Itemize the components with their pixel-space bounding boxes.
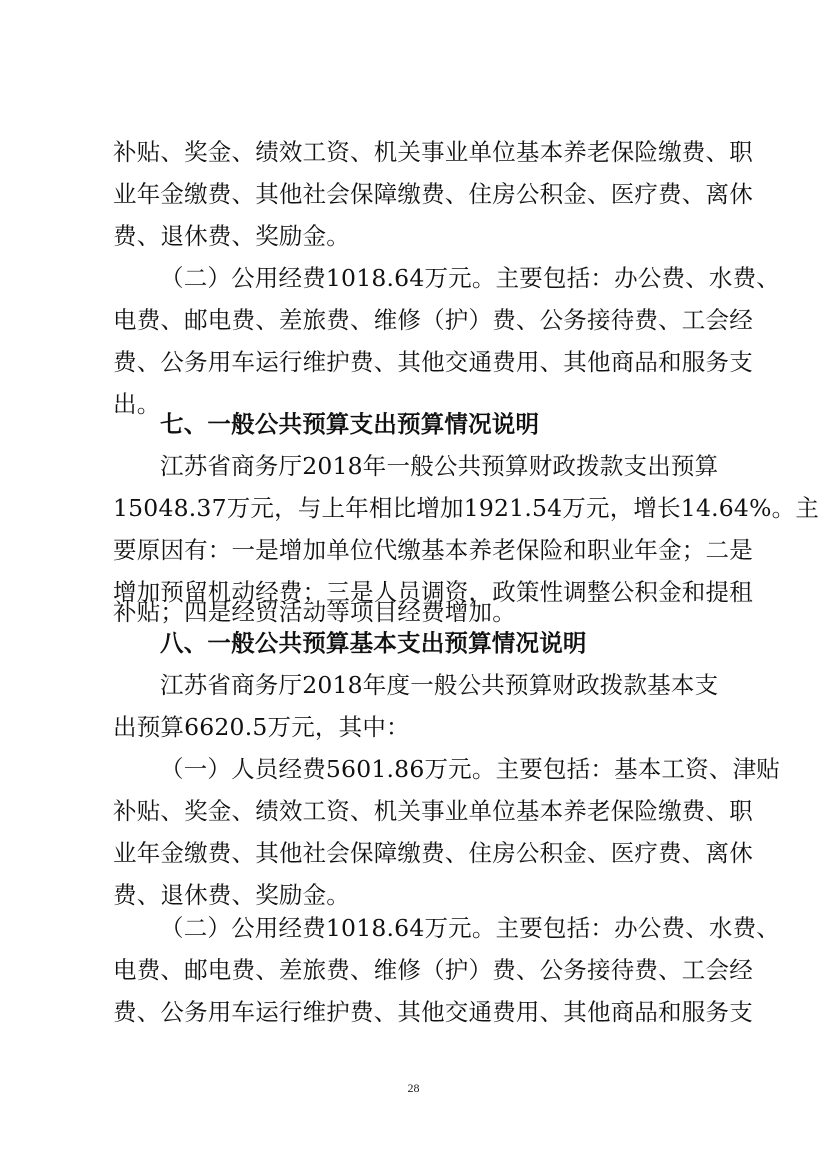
body-text-line: 15048.37万元，与上年相比增加1921.54万元，增长14.64%。主: [113, 489, 718, 527]
subsection-paragraph-public-expenses: （二）公用经费1018.64万元。主要包括：办公费、水费、: [160, 909, 718, 947]
section-heading-8: 八、一般公共预算基本支出预算情况说明: [160, 624, 718, 662]
body-text-line: 出预算6620.5万元，其中：: [113, 708, 718, 746]
document-page: 补贴、奖金、绩效工资、机关事业单位基本养老保险缴费、职 业年金缴费、其他社会保障…: [0, 0, 827, 1169]
body-text-line: 费、公务用车运行维护费、其他交通费用、其他商品和服务支: [113, 993, 718, 1031]
section-heading-7: 七、一般公共预算支出预算情况说明: [160, 405, 718, 443]
body-text-line: 费、公务用车运行维护费、其他交通费用、其他商品和服务支: [113, 343, 718, 381]
body-text-line: 补贴、奖金、绩效工资、机关事业单位基本养老保险缴费、职: [113, 792, 718, 830]
body-text-line: 电费、邮电费、差旅费、维修（护）费、公务接待费、工会经: [113, 301, 718, 339]
page-number: 28: [0, 1081, 827, 1096]
body-text-line: 电费、邮电费、差旅费、维修（护）费、公务接待费、工会经: [113, 951, 718, 989]
body-text-line: 补贴、奖金、绩效工资、机关事业单位基本养老保险缴费、职: [113, 133, 718, 171]
body-text-line: 江苏省商务厅2018年度一般公共预算财政拨款基本支: [160, 666, 718, 704]
body-text-line: 业年金缴费、其他社会保障缴费、住房公积金、医疗费、离休: [113, 175, 718, 213]
subsection-paragraph-personnel-expenses: （一）人员经费5601.86万元。主要包括：基本工资、津贴: [160, 750, 718, 788]
body-text-line: 费、退休费、奖励金。: [113, 217, 718, 255]
subsection-paragraph-public-expenses: （二）公用经费1018.64万元。主要包括：办公费、水费、: [160, 259, 718, 297]
body-text-line: 业年金缴费、其他社会保障缴费、住房公积金、医疗费、离休: [113, 834, 718, 872]
body-text-line: 要原因有：一是增加单位代缴基本养老保险和职业年金；二是: [113, 531, 718, 569]
body-text-line: 江苏省商务厅2018年一般公共预算财政拨款支出预算: [160, 447, 718, 485]
